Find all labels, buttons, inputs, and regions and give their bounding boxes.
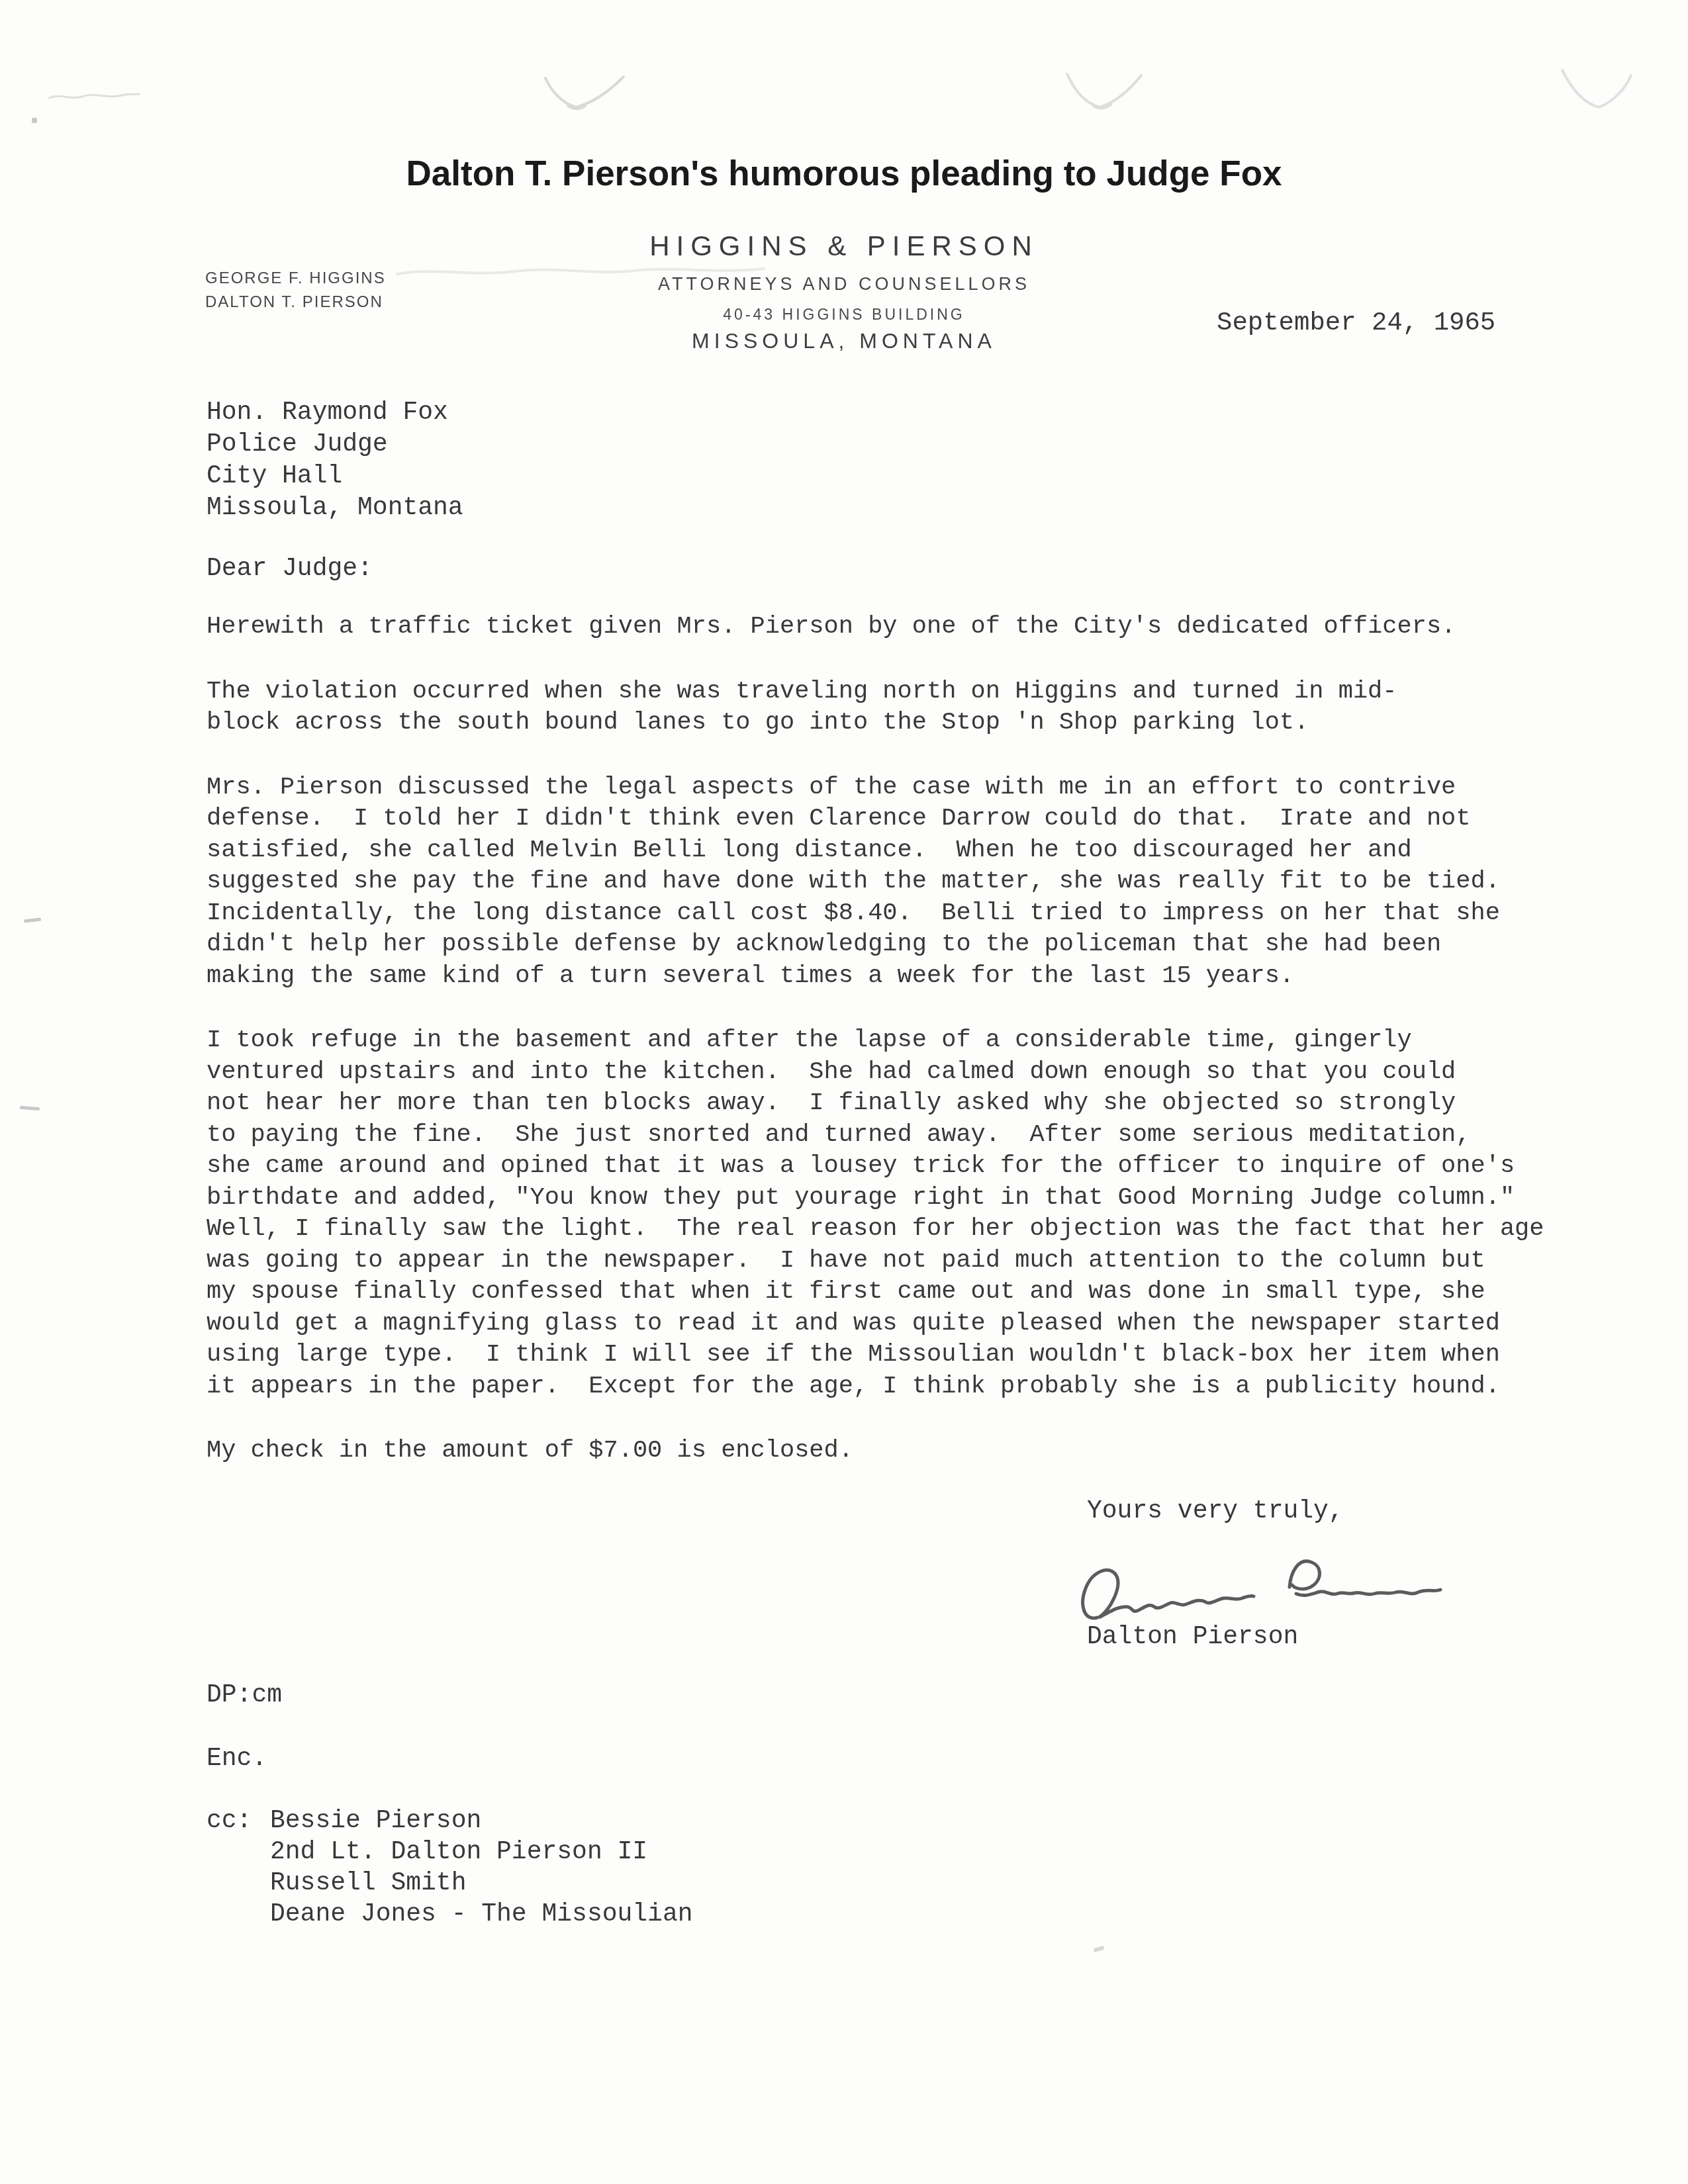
cc-recipient: Deane Jones - The Missoulian [270, 1899, 693, 1930]
body-paragraph: Mrs. Pierson discussed the legal aspects… [207, 772, 1570, 993]
scanned-letter-page: Dalton T. Pierson's humorous pleading to… [0, 0, 1688, 2184]
body-paragraph: The violation occurred when she was trav… [207, 676, 1570, 739]
cc-recipient: Russell Smith [270, 1868, 693, 1899]
body-paragraph: Herewith a traffic ticket given Mrs. Pie… [207, 612, 1570, 643]
partner-name: GEORGE F. HIGGINS [205, 267, 386, 291]
cc-block: cc: Bessie Pierson 2nd Lt. Dalton Pierso… [207, 1805, 693, 1930]
scan-speck [32, 118, 37, 123]
scan-artifact-checkmark [1064, 69, 1144, 113]
valediction: Yours very truly, [1087, 1497, 1344, 1525]
typist-reference: DP:cm [207, 1681, 282, 1709]
cc-recipient: Bessie Pierson [270, 1805, 693, 1837]
scan-speck [24, 918, 41, 923]
cc-list: Bessie Pierson 2nd Lt. Dalton Pierson II… [270, 1805, 693, 1930]
page-title: Dalton T. Pierson's humorous pleading to… [0, 154, 1688, 194]
letter-body: Herewith a traffic ticket given Mrs. Pie… [207, 612, 1570, 1500]
scan-artifact-squiggle [48, 87, 140, 105]
partner-name: DALTON T. PIERSON [205, 291, 386, 314]
signed-name: Dalton Pierson [1087, 1623, 1298, 1651]
salutation: Dear Judge: [207, 555, 373, 583]
recipient-address: Hon. Raymond Fox Police Judge City Hall … [207, 397, 463, 524]
cc-label: cc: [207, 1805, 270, 1930]
body-paragraph: My check in the amount of $7.00 is enclo… [207, 1435, 1570, 1467]
letterhead-firm-name: HIGGINS & PIERSON [0, 230, 1688, 262]
scan-speck [1093, 1946, 1104, 1953]
cc-recipient: 2nd Lt. Dalton Pierson II [270, 1837, 693, 1868]
enclosure-note: Enc. [207, 1745, 267, 1773]
letterhead-partner-names: GEORGE F. HIGGINS DALTON T. PIERSON [205, 267, 386, 314]
scan-speck [20, 1106, 40, 1111]
body-paragraph: I took refuge in the basement and after … [207, 1025, 1570, 1402]
letter-date: September 24, 1965 [1217, 308, 1495, 338]
scan-artifact-checkmark [541, 71, 628, 114]
scan-artifact-checkmark [1560, 66, 1632, 113]
